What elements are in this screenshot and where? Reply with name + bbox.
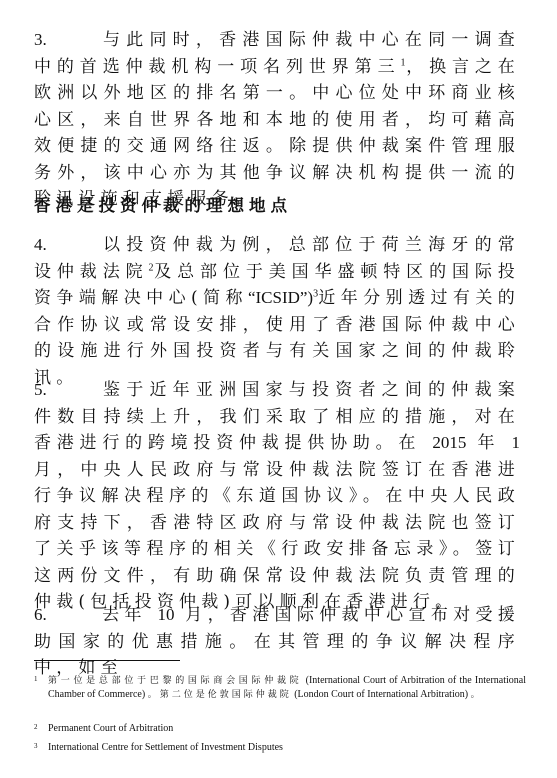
paragraph-text: ，换言之在欧洲以外地区的排名第一。中心位处中环商业核心区，来自世界各地和本地的使… [34, 57, 520, 210]
footnote-number: 2 [34, 720, 38, 734]
icsid-abbrev: “ICSID”) [248, 288, 313, 307]
paragraph-number: 6. [34, 602, 102, 629]
paragraph-4: 4.以投资仲裁为例，总部位于荷兰海牙的常设仲裁法院2及总部位于美国华盛顿特区的国… [34, 232, 520, 391]
paragraph-number: 4. [34, 232, 102, 259]
footnote-1: 1 第一位是总部位于巴黎的国际商会国际仲裁院 (International Co… [34, 674, 526, 702]
paragraph-text: 月，中央人民政府与常设仲裁法院签订在香港进行争议解决程序的《东道国协议》。在中央… [34, 460, 520, 613]
footnote-text-cjk: 第一位是总部位于巴黎的国际商会国际仲裁院 [48, 676, 302, 686]
footnote-number: 1 [34, 672, 38, 686]
paragraph-text: 年 [478, 433, 501, 453]
footnote-text-cjk: 。 [471, 690, 483, 700]
paragraph-6: 6.去年 10 月，香港国际仲裁中心宣布对受援助国家的优惠措施。在其管理的争议解… [34, 602, 520, 682]
month-value: 10 [158, 605, 175, 624]
footnote-text: Permanent Court of Arbitration [48, 722, 526, 736]
paragraph-text: 去年 [102, 605, 147, 625]
footnote-3: 3 International Centre for Settlement of… [34, 741, 526, 755]
paragraph-5: 5.鉴于近年亚洲国家与投资者之间的仲裁案件数目持续上升，我们采取了相应的措施，对… [34, 377, 520, 616]
month-value: 1 [512, 433, 521, 452]
footnote-2: 2 Permanent Court of Arbitration [34, 722, 526, 736]
footnote-text: International Centre for Settlement of I… [48, 741, 526, 755]
paragraph-3: 3.与此同时，香港国际仲裁中心在同一调查中的首选仲裁机构一项名列世界第三1，换言… [34, 27, 520, 213]
paragraph-number: 3. [34, 27, 102, 54]
footnote-text-latin: (London Court of International Arbitrati… [294, 689, 468, 700]
document-page: 3.与此同时，香港国际仲裁中心在同一调查中的首选仲裁机构一项名列世界第三1，换言… [0, 0, 557, 778]
footnote-text-cjk: 。第二位是伦敦国际仲裁院 [148, 690, 292, 700]
section-heading: 香港是投资仲裁的理想地点 [34, 192, 292, 216]
footnote-number: 3 [34, 739, 38, 753]
paragraph-number: 5. [34, 377, 102, 404]
footnote-text: 第一位是总部位于巴黎的国际商会国际仲裁院 (International Cour… [48, 674, 526, 702]
footnote-separator [34, 660, 180, 661]
year-value: 2015 [432, 433, 466, 452]
